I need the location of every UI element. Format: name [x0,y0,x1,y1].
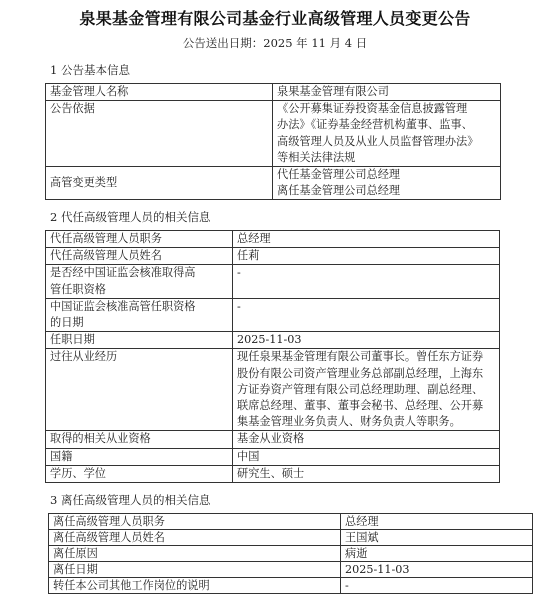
table-row: 高管变更类型 代任基金管理公司总经理 离任基金管理公司总经理 [46,167,501,200]
row-value: - [233,265,500,298]
row-label: 高管变更类型 [46,167,273,200]
table-row: 过往从业经历 现任泉果基金管理有限公司董事长。曾任东方证券 股份有限公司资产管理… [46,349,500,431]
row-label: 基金管理人名称 [46,84,273,101]
row-label: 取得的相关从业资格 [46,431,233,448]
row-value: 现任泉果基金管理有限公司董事长。曾任东方证券 股份有限公司资产管理业务总部副总经… [233,349,500,431]
row-value: 总经理 [341,514,533,530]
row-label: 中国证监会核准高管任职资格 的日期 [46,298,233,331]
row-label: 是否经中国证监会核准取得高 管任职资格 [46,265,233,298]
table-row: 是否经中国证监会核准取得高 管任职资格 - [46,265,500,298]
value-line: 股份有限公司资产管理业务总部副总经理，上海东 [237,366,495,382]
table-row: 离任高级管理人员职务 总经理 [49,514,533,530]
row-value: - [341,578,533,594]
departing-manager-table: 离任高级管理人员职务 总经理 离任高级管理人员姓名 王国斌 离任原因 病逝 离任… [48,513,533,594]
label-line: 是否经中国证监会核准取得高 [50,265,228,281]
table-row: 代任高级管理人员职务 总经理 [46,231,500,248]
row-label: 国籍 [46,448,233,465]
row-value: 任莉 [233,248,500,265]
table-row: 中国证监会核准高管任职资格 的日期 - [46,298,500,331]
row-value: 代任基金管理公司总经理 离任基金管理公司总经理 [273,167,501,200]
table-row: 转任本公司其他工作岗位的说明 - [49,578,533,594]
row-value: - [233,298,500,331]
row-label: 离任高级管理人员姓名 [49,530,341,546]
table-row: 基金管理人名称 泉果基金管理有限公司 [46,84,501,101]
row-label: 学历、学位 [46,465,233,482]
table-row: 学历、学位 研究生、硕士 [46,465,500,482]
acting-manager-table: 代任高级管理人员职务 总经理 代任高级管理人员姓名 任莉 是否经中国证监会核准取… [45,230,500,483]
announcement-date: 公告送出日期：2025 年 11 月 4 日 [0,35,550,51]
value-line: 《公开募集证券投资基金信息披露管理 [277,101,496,117]
value-line: 联席总经理、董事、董事会秘书、总经理、公开募 [237,398,495,414]
section-2-heading: 2 代任高级管理人员的相关信息 [50,209,210,225]
table-row: 任职日期 2025-11-03 [46,332,500,349]
value-line: 办法》《证券基金经营机构董事、监事、 [277,117,496,133]
table-row: 代任高级管理人员姓名 任莉 [46,248,500,265]
value-line: 现任泉果基金管理有限公司董事长。曾任东方证券 [237,349,495,365]
row-value: 中国 [233,448,500,465]
value-line: 离任基金管理公司总经理 [277,183,496,199]
page-title: 泉果基金管理有限公司基金行业高级管理人员变更公告 [0,6,550,29]
section-1-heading: 1 公告基本信息 [50,62,130,78]
label-line: 的日期 [50,315,228,331]
row-label: 公告依据 [46,101,273,167]
row-value: 泉果基金管理有限公司 [273,84,501,101]
row-label: 任职日期 [46,332,233,349]
value-line: 方证券资产管理有限公司总经理助理、副总经理、 [237,382,495,398]
row-label: 离任高级管理人员职务 [49,514,341,530]
table-row: 离任日期 2025-11-03 [49,562,533,578]
row-label: 代任高级管理人员姓名 [46,248,233,265]
row-value: 基金从业资格 [233,431,500,448]
row-value: 《公开募集证券投资基金信息披露管理 办法》《证券基金经营机构董事、监事、 高级管… [273,101,501,167]
label-line: 中国证监会核准高管任职资格 [50,299,228,315]
row-value: 2025-11-03 [341,562,533,578]
table-row: 取得的相关从业资格 基金从业资格 [46,431,500,448]
section-3-heading: 3 离任高级管理人员的相关信息 [50,492,210,508]
value-line: 代任基金管理公司总经理 [277,167,496,183]
row-label: 离任原因 [49,546,341,562]
table-row: 离任原因 病逝 [49,546,533,562]
value-line: 高级管理人员及从业人员监督管理办法》 [277,134,496,150]
row-label: 离任日期 [49,562,341,578]
row-label: 转任本公司其他工作岗位的说明 [49,578,341,594]
value-line: 集基金管理业务负责人、财务负责人等职务。 [237,414,495,430]
label-line: 管任职资格 [50,282,228,298]
row-value: 病逝 [341,546,533,562]
row-value: 王国斌 [341,530,533,546]
basic-info-table: 基金管理人名称 泉果基金管理有限公司 公告依据 《公开募集证券投资基金信息披露管… [45,83,501,200]
row-value: 研究生、硕士 [233,465,500,482]
row-value: 总经理 [233,231,500,248]
table-row: 公告依据 《公开募集证券投资基金信息披露管理 办法》《证券基金经营机构董事、监事… [46,101,501,167]
row-label: 过往从业经历 [46,349,233,431]
table-row: 国籍 中国 [46,448,500,465]
row-label: 代任高级管理人员职务 [46,231,233,248]
row-value: 2025-11-03 [233,332,500,349]
table-row: 离任高级管理人员姓名 王国斌 [49,530,533,546]
value-line: 等相关法律法规 [277,150,496,166]
